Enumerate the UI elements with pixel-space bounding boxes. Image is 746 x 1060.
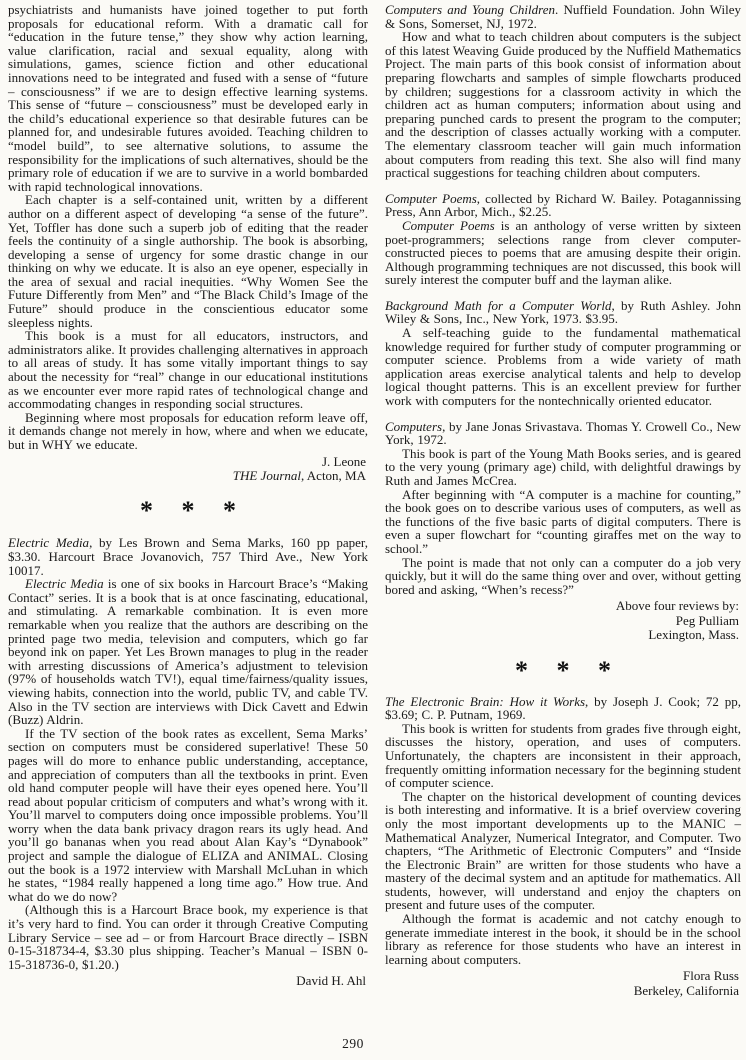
page-number: 290: [20, 1036, 686, 1052]
reviewer-signature: David H. Ahl: [8, 974, 368, 988]
paragraph: If the TV section of the book rates as e…: [8, 727, 368, 904]
paragraph: Computer Poems is an anthology of verse …: [385, 219, 741, 287]
section-separator: * * *: [385, 658, 741, 684]
paragraph: Each chapter is a self-contained unit, w…: [8, 193, 368, 329]
paragraph: This book is part of the Young Math Book…: [385, 447, 741, 488]
reviewer-source: THE Journal, Acton, MA: [8, 469, 366, 483]
text-run: is one of six books in Harcourt Brace’s …: [8, 576, 368, 727]
scanned-book-review-page: psychiatrists and humanists have joined …: [0, 0, 746, 1060]
book-citation: Computers, by Jane Jonas Srivastava. Tho…: [385, 420, 741, 447]
paragraph: Electric Media is one of six books in Ha…: [8, 577, 368, 727]
paragraph: After beginning with “A computer is a ma…: [385, 488, 741, 556]
paragraph: This book is a must for all educators, i…: [8, 329, 368, 411]
paragraph: A self-teaching guide to the fundamental…: [385, 326, 741, 408]
reviewer-signature: Above four reviews by: Peg Pulliam Lexin…: [385, 599, 741, 642]
book-citation: Background Math for a Computer World, by…: [385, 299, 741, 326]
paragraph: The point is made that not only can a co…: [385, 556, 741, 597]
paragraph: (Although this is a Harcourt Brace book,…: [8, 903, 368, 971]
book-citation: Computer Poems, collected by Richard W. …: [385, 192, 741, 219]
reviewer-signature: J. Leone THE Journal, Acton, MA: [8, 455, 368, 484]
reviewer-name: Flora Russ: [385, 969, 739, 983]
right-column: Computers and Young Children. Nuffield F…: [385, 3, 741, 998]
signature-caption: Above four reviews by:: [385, 599, 739, 613]
section-separator: * * *: [8, 498, 368, 524]
journal-title: THE Journal: [233, 468, 301, 483]
paragraph: The chapter on the historical developmen…: [385, 790, 741, 912]
two-column-layout: psychiatrists and humanists have joined …: [8, 3, 740, 998]
paragraph: This book is written for students from g…: [385, 722, 741, 790]
reviewer-location: Berkeley, California: [385, 984, 739, 998]
paragraph: How and what to teach children about com…: [385, 30, 741, 180]
reviewer-name: J. Leone: [8, 455, 366, 469]
book-citation: Electric Media, by Les Brown and Sema Ma…: [8, 536, 368, 577]
reviewer-location: Lexington, Mass.: [385, 628, 739, 642]
reviewer-name: Peg Pulliam: [385, 614, 739, 628]
text-run: , Acton, MA: [301, 468, 366, 483]
paragraph: Although the format is academic and not …: [385, 912, 741, 966]
book-citation: Computers and Young Children. Nuffield F…: [385, 3, 741, 30]
book-citation: The Electronic Brain: How it Works, by J…: [385, 695, 741, 722]
reviewer-signature: Flora Russ Berkeley, California: [385, 969, 741, 998]
paragraph: Beginning where most proposals for educa…: [8, 411, 368, 452]
left-column: psychiatrists and humanists have joined …: [8, 3, 368, 989]
reviewer-name: David H. Ahl: [8, 974, 366, 988]
paragraph: psychiatrists and humanists have joined …: [8, 3, 368, 193]
